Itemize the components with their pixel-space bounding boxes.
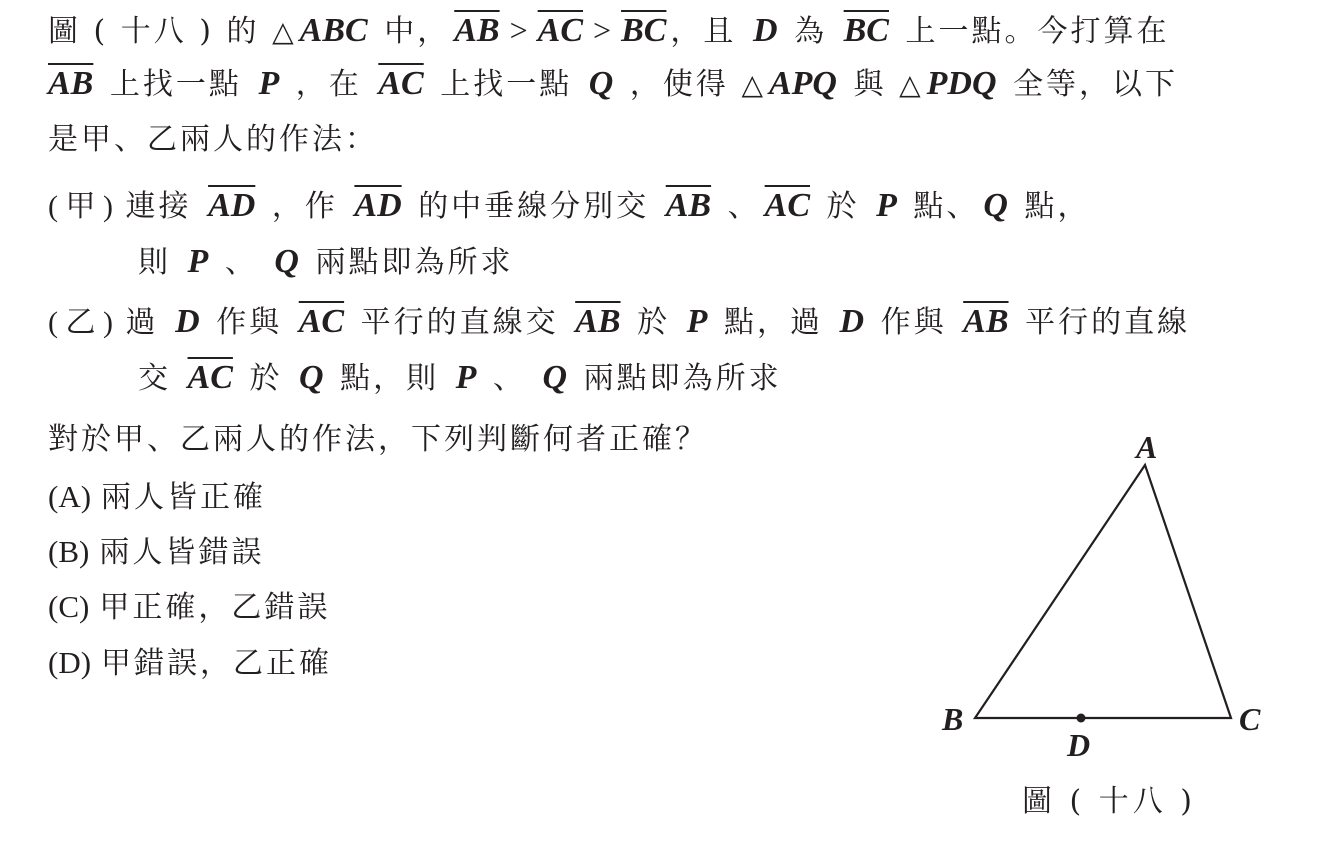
triangle-figure: A B C D: [0, 0, 1338, 848]
vertex-label-a: A: [1134, 429, 1157, 465]
triangle-abc-shape: [975, 465, 1231, 718]
point-d-dot: [1077, 714, 1086, 723]
vertex-label-c: C: [1239, 701, 1261, 737]
vertex-label-b: B: [941, 701, 963, 737]
vertex-label-d: D: [1066, 727, 1090, 763]
figure-caption: 圖 ( 十八 ): [1022, 782, 1196, 822]
